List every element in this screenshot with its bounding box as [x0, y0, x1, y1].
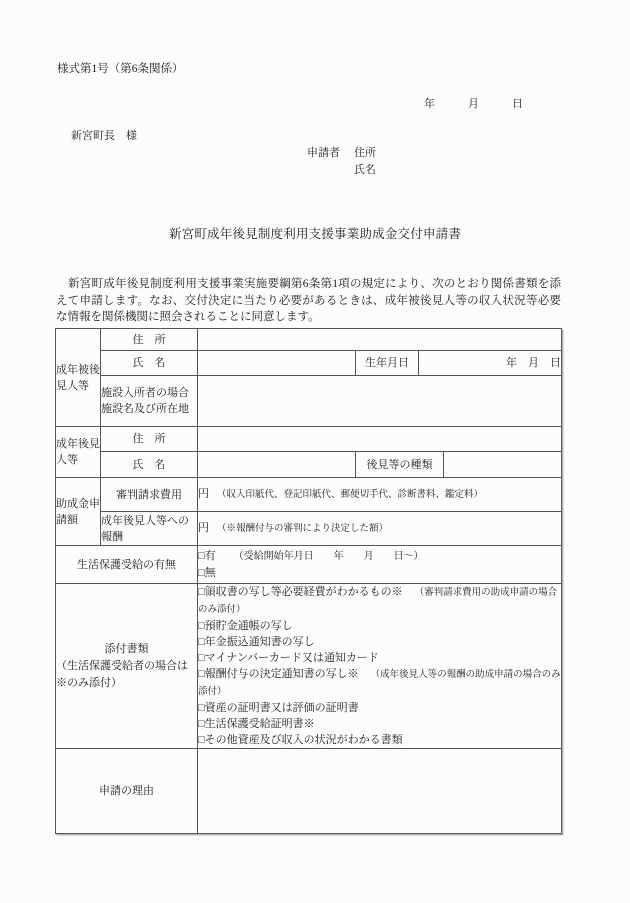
- table-row: 氏 名 後見等の種類: [56, 452, 562, 478]
- applicant-name-label: 氏名: [354, 162, 376, 179]
- birthdate-label: 生年月日: [356, 351, 419, 376]
- attachment-checkbox-label: □預貯金通帳の写し: [198, 620, 293, 632]
- guardian-type-label: 後見等の種類: [356, 452, 444, 478]
- table-row: 氏 名 生年月日 年 月 日: [56, 351, 562, 376]
- guardian-name-label: 氏 名: [101, 452, 198, 478]
- yen-unit: 円: [198, 522, 209, 534]
- reason-label: 申請の理由: [56, 749, 198, 834]
- attachment-item: □報酬付与の決定通知書の写し※（成年後見人等の報酬の助成申請の場合のみ添付）: [198, 666, 561, 700]
- document-title: 新宮町成年後見制度利用支援事業助成金交付申請書: [0, 224, 630, 242]
- date-line: 年 月 日: [424, 95, 523, 111]
- attachments-list: □領収書の写し等必要経費がわかるもの※（審判請求費用の助成申請の場合のみ添付）□…: [198, 584, 562, 749]
- attachments-label: 添付書類 （生活保護受給者の場合は※のみ添付）: [56, 584, 198, 749]
- adult-ward-group-label: 成年被後見人等: [56, 329, 101, 427]
- guardian-address-label: 住 所: [101, 427, 198, 452]
- attachment-item: □資産の証明書又は評価の証明書: [198, 700, 561, 716]
- guardian-group-label: 成年後見人等: [56, 427, 101, 478]
- table-row: 施設入所者の場合施設名及び所在地: [56, 376, 562, 427]
- adult-ward-name-label: 氏 名: [101, 351, 198, 376]
- welfare-option-yes: □有（受給開始年月日 年 月 日～）: [198, 548, 561, 565]
- table-row: 生活保護受給の有無 □有（受給開始年月日 年 月 日～） □無: [56, 546, 562, 584]
- table-row: 助成金申請額 審判請求費用 円（収入印紙代、登記印紙代、郵便切手代、診断書料、鑑…: [56, 478, 562, 512]
- facility-label: 施設入所者の場合施設名及び所在地: [101, 376, 198, 427]
- attachment-checkbox-label: □生活保護受給証明書※: [198, 718, 315, 730]
- intro-paragraph: 新宮町成年後見制度利用支援事業実施要綱第6条第1項の規定により、次のとおり関係書…: [56, 276, 561, 326]
- trial-request-label: 審判請求費用: [101, 478, 198, 512]
- welfare-options: □有（受給開始年月日 年 月 日～） □無: [198, 546, 562, 584]
- attachment-checkbox-label: □領収書の写し等必要経費がわかるもの※: [198, 586, 403, 598]
- attachment-checkbox-label: □マイナンバーカード又は通知カード: [198, 652, 379, 664]
- attachment-item: □その他資産及び収入の状況がわかる書類: [198, 732, 561, 748]
- welfare-label: 生活保護受給の有無: [56, 546, 198, 584]
- attachment-item: □マイナンバーカード又は通知カード: [198, 650, 561, 666]
- attachment-checkbox-label: □年金振込通知書の写し: [198, 636, 315, 648]
- application-form-table: 成年被後見人等 住 所 氏 名 生年月日 年 月 日 施設入所者の場合施設名及び…: [55, 328, 562, 834]
- table-row: 成年後見人等への報酬 円（※報酬付与の審判により決定した額）: [56, 512, 562, 546]
- attachment-item: □領収書の写し等必要経費がわかるもの※（審判請求費用の助成申請の場合のみ添付）: [198, 584, 561, 618]
- applicant-label: 申請者: [307, 145, 340, 178]
- attachment-checkbox-label: □その他資産及び収入の状況がわかる書類: [198, 734, 403, 746]
- welfare-start-date-note: （受給開始年月日 年 月 日～）: [234, 551, 424, 562]
- attachment-item: □生活保護受給証明書※: [198, 716, 561, 732]
- guardian-type-field: [444, 452, 562, 478]
- attachments-label-title: 添付書類: [56, 641, 197, 658]
- checkbox-yes-icon: □有: [198, 550, 216, 562]
- adult-ward-address-field: [198, 329, 562, 351]
- applicant-block: 申請者 住所 氏名: [307, 145, 376, 178]
- table-row: 申請の理由: [56, 749, 562, 834]
- adult-ward-address-label: 住 所: [101, 329, 198, 351]
- applicant-address-label: 住所: [354, 145, 376, 162]
- table-row: 成年被後見人等 住 所: [56, 329, 562, 351]
- form-number: 様式第1号（第6条関係）: [57, 60, 184, 76]
- trial-request-note: （収入印紙代、登記印紙代、郵便切手代、診断書料、鑑定料）: [217, 490, 483, 500]
- attachment-item: □年金振込通知書の写し: [198, 634, 561, 650]
- facility-field: [198, 376, 562, 427]
- remuneration-label: 成年後見人等への報酬: [101, 512, 198, 546]
- reason-field: [198, 749, 562, 834]
- attachment-checkbox-label: □資産の証明書又は評価の証明書: [198, 702, 359, 714]
- attachment-item: □預貯金通帳の写し: [198, 618, 561, 634]
- adult-ward-name-field: [198, 351, 356, 376]
- remuneration-amount-field: 円（※報酬付与の審判により決定した額）: [198, 512, 562, 546]
- attachment-checkbox-label: □報酬付与の決定通知書の写し※: [198, 668, 359, 680]
- welfare-option-no: □無: [198, 565, 561, 581]
- yen-unit: 円: [198, 488, 209, 500]
- attachments-label-sub: （生活保護受給者の場合は※のみ添付）: [56, 658, 197, 692]
- guardian-address-field: [198, 427, 562, 452]
- subsidy-group-label: 助成金申請額: [56, 478, 101, 546]
- guardian-name-field: [198, 452, 356, 478]
- table-row: 成年後見人等 住 所: [56, 427, 562, 452]
- remuneration-note: （※報酬付与の審判により決定した額）: [217, 524, 388, 534]
- addressee: 新宮町長 様: [71, 127, 137, 143]
- table-row: 添付書類 （生活保護受給者の場合は※のみ添付） □領収書の写し等必要経費がわかる…: [56, 584, 562, 749]
- birthdate-field: 年 月 日: [419, 351, 562, 376]
- trial-request-amount-field: 円（収入印紙代、登記印紙代、郵便切手代、診断書料、鑑定料）: [198, 478, 562, 512]
